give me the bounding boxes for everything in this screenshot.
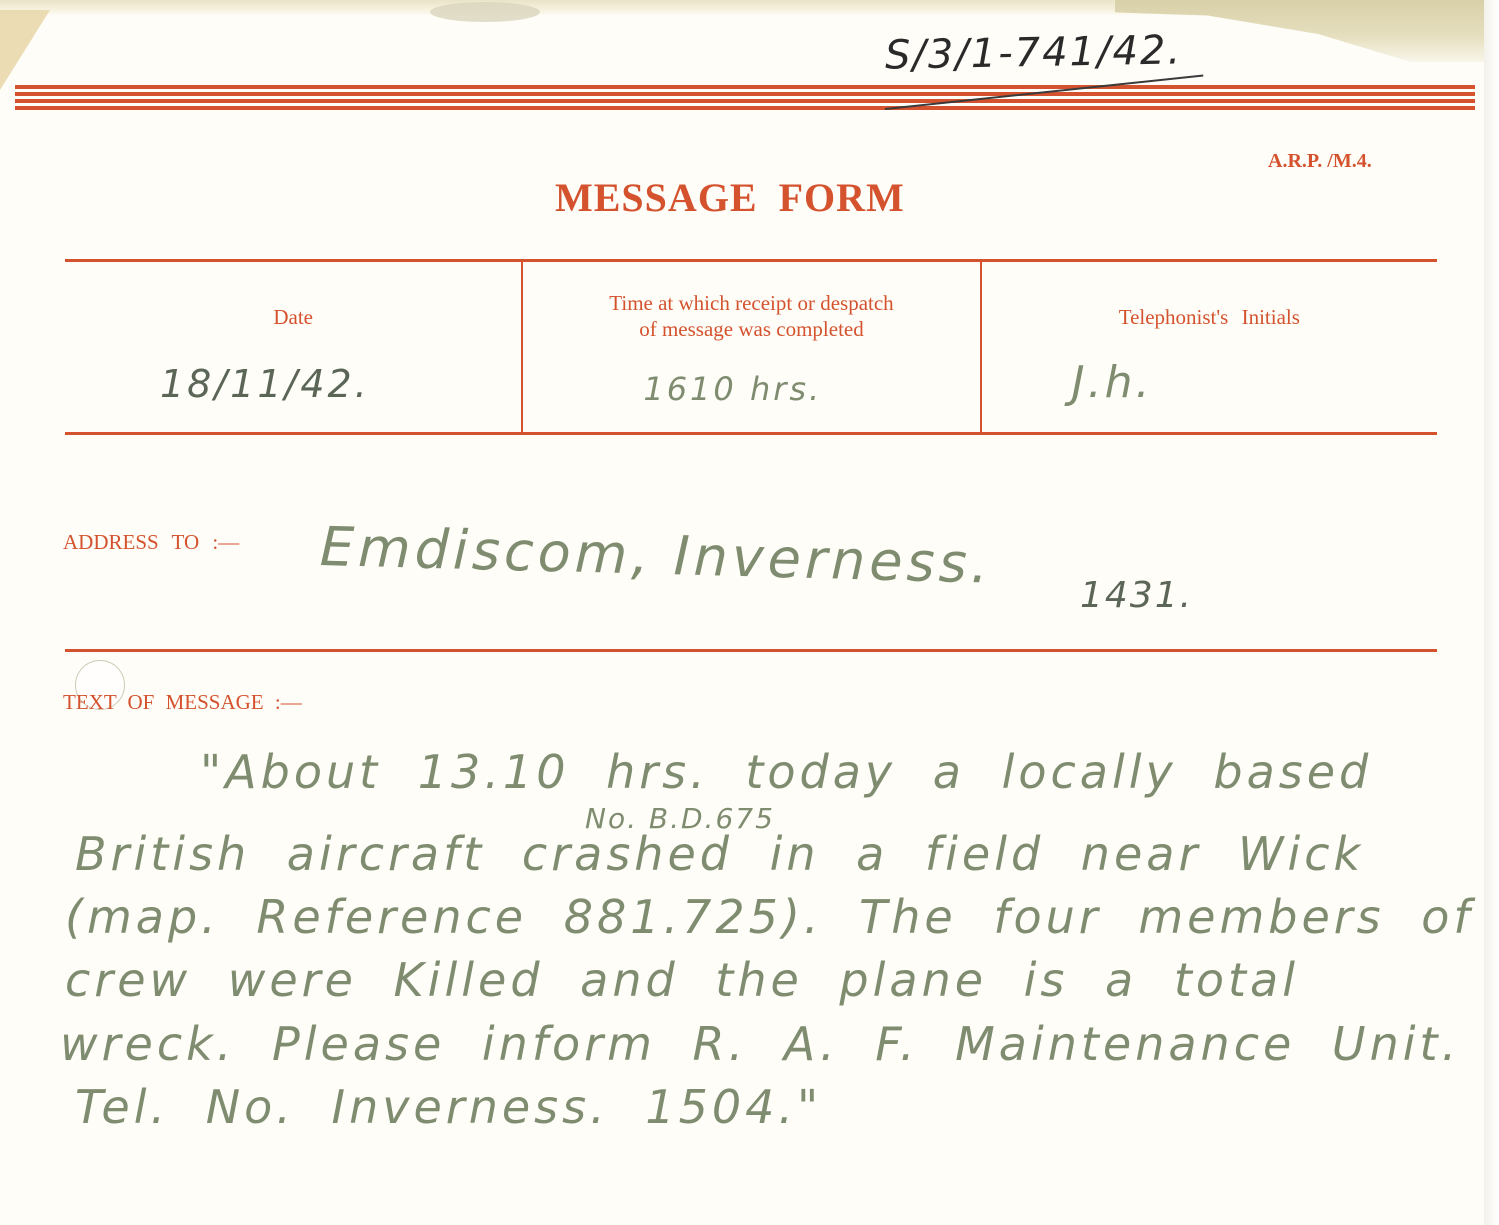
date-label: Date xyxy=(65,262,521,330)
header-rule-lines xyxy=(15,85,1475,113)
file-reference-number: S/3/1-741/42. xyxy=(885,27,1183,78)
message-line: "About 13.10 hrs. today a locally based xyxy=(200,745,1372,799)
section-divider xyxy=(65,649,1437,652)
rule-stripe xyxy=(15,85,1475,89)
time-value: 1610 hrs. xyxy=(643,370,822,408)
message-label: TEXT OF MESSAGE :— xyxy=(63,690,302,715)
rule-stripe xyxy=(15,92,1475,96)
header-fields-table: Date 18/11/42. Time at which receipt or … xyxy=(65,259,1437,435)
message-line: (map. Reference 881.725). The four membe… xyxy=(65,890,1499,944)
message-line: British aircraft crashed in a field near… xyxy=(75,827,1364,881)
initials-cell: Telephonist's Initials J.h. xyxy=(980,262,1437,432)
message-form-document: S/3/1-741/42. A.R.P. /M.4. MESSAGE FORM … xyxy=(0,0,1499,1225)
time-label-line1: Time at which receipt or despatch xyxy=(523,290,979,316)
folded-corner xyxy=(0,10,50,90)
rule-stripe xyxy=(15,106,1475,110)
date-cell: Date 18/11/42. xyxy=(65,262,521,432)
page-edge-shadow xyxy=(1484,0,1499,1225)
rule-stripe xyxy=(15,99,1475,103)
time-label: Time at which receipt or despatch of mes… xyxy=(523,262,979,342)
address-number: 1431. xyxy=(1080,575,1193,616)
tape-fragment xyxy=(430,2,540,22)
initials-signature: J.h. xyxy=(1072,357,1153,408)
form-title: MESSAGE FORM xyxy=(555,174,905,221)
time-label-line2: of message was completed xyxy=(523,316,979,342)
message-line: Tel. No. Inverness. 1504." xyxy=(75,1080,822,1134)
time-cell: Time at which receipt or despatch of mes… xyxy=(521,262,979,432)
address-label: ADDRESS TO :— xyxy=(63,530,239,555)
form-code: A.R.P. /M.4. xyxy=(1268,150,1372,173)
message-line: crew were Killed and the plane is a tota… xyxy=(65,953,1299,1007)
initials-label: Telephonist's Initials xyxy=(982,262,1437,330)
message-line: wreck. Please inform R. A. F. Maintenanc… xyxy=(60,1017,1460,1071)
date-value: 18/11/42. xyxy=(160,362,370,406)
address-value: Emdiscom, Inverness. xyxy=(319,515,993,596)
